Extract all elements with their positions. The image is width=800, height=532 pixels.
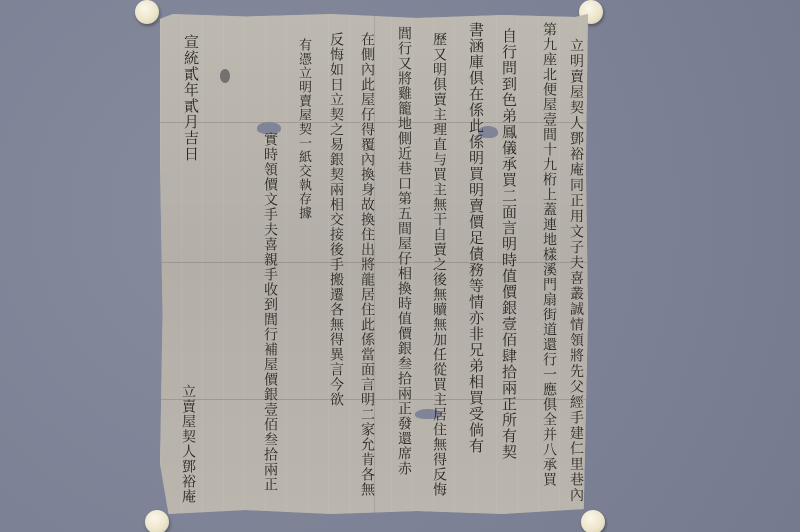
deed-column-8: 反悔如日立契之易銀契兩相交接後手搬遷各無得異言今欲 bbox=[327, 32, 345, 512]
deed-column-10: 實時領價文手夫喜親手收到閭行補屋價銀壹佰叁拾兩正 bbox=[261, 132, 278, 512]
deed-column-1: 立明賣屋契人鄧裕庵同正用文子夫喜叢誠情領將先父經手建仁里巷內 bbox=[568, 38, 584, 508]
deed-column-5: 歷又明俱賣主理直与買主無干自賣之後無贖無加任從買主居住無得反悔 bbox=[430, 32, 448, 512]
deed-column-9: 有憑立明賣屋契一紙交執存據 bbox=[295, 38, 312, 258]
deed-column-6: 閭行又將雞籠地側近巷口第五間屋仔相換時值價銀叁拾兩正發還席赤 bbox=[395, 26, 413, 506]
pin-bottom-left bbox=[145, 510, 169, 532]
deed-column-4: 書涵庫俱在係此係明買明賣價足債務等情亦非兄弟相買受倘有 bbox=[467, 22, 485, 502]
deed-column-2: 第九座北便屋壹間十九桁上蓋連地樣溪門扇街道還行一應俱全并八承買 bbox=[540, 22, 558, 512]
pin-top-left bbox=[135, 0, 159, 24]
deed-paper: 立明賣屋契人鄧裕庵同正用文子夫喜叢誠情領將先父經手建仁里巷內 第九座北便屋壹間十… bbox=[160, 14, 588, 514]
ink-stain bbox=[220, 69, 230, 83]
pin-bottom-right bbox=[581, 510, 605, 532]
deed-column-7: 在側內此屋仔得覆內換身故換住出將龍居住此係當面言明二家允肯各無 bbox=[358, 32, 376, 512]
signature-line: 立賣屋契人鄧裕庵 bbox=[179, 384, 196, 509]
date-line: 宣統貳年貳月吉日 bbox=[182, 34, 200, 184]
deed-column-3: 自行問到色弟鳳儀承買二面言明時值價銀壹佰肆拾兩正所有契 bbox=[500, 28, 518, 508]
